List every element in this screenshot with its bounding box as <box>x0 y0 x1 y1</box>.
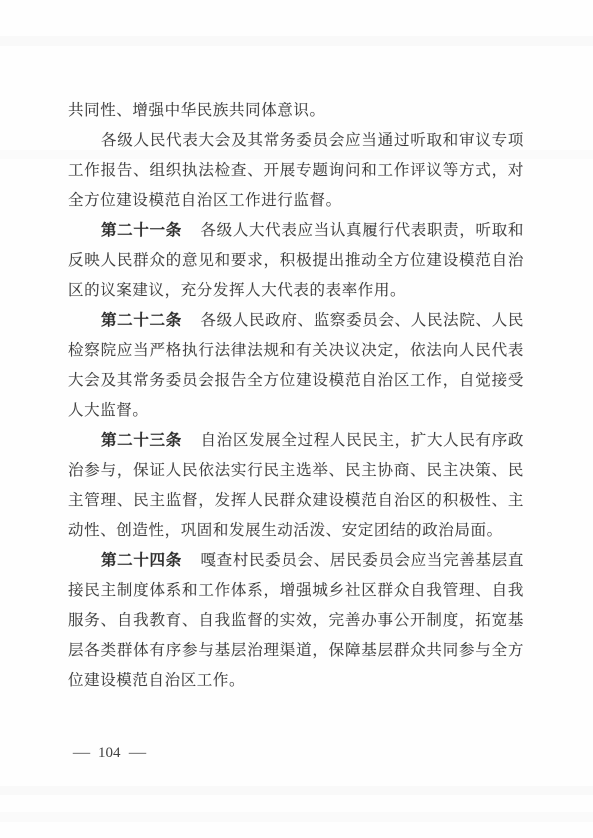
paragraph-text: 共同性、增强中华民族共同体意识。 <box>68 102 326 119</box>
article-number: 第二十四条 <box>101 552 182 569</box>
body-text-block: 共同性、增强中华民族共同体意识。 各级人民代表大会及其常务委员会应当通过听取和审… <box>68 96 524 696</box>
scan-artifact <box>0 36 593 46</box>
page-number: 104 <box>98 744 121 762</box>
paragraph: 各级人民代表大会及其常务委员会应当通过听取和审议专项工作报告、组织执法检查、开展… <box>68 126 524 216</box>
article-paragraph-22: 第二十二条 各级人民政府、监察委员会、人民法院、人民检察院应当严格执行法律法规和… <box>68 306 524 426</box>
document-page: 共同性、增强中华民族共同体意识。 各级人民代表大会及其常务委员会应当通过听取和审… <box>0 0 593 838</box>
footer-right-dash: — <box>128 744 145 762</box>
article-number: 第二十三条 <box>101 432 182 449</box>
footer-left-dash: — <box>73 744 90 762</box>
paragraph-continuation: 共同性、增强中华民族共同体意识。 <box>68 96 524 126</box>
article-number: 第二十二条 <box>101 312 182 329</box>
article-number: 第二十一条 <box>101 222 182 239</box>
article-paragraph-21: 第二十一条 各级人大代表应当认真履行代表职责，听取和反映人民群众的意见和要求，积… <box>68 216 524 306</box>
page-footer: —104— <box>74 744 145 762</box>
article-paragraph-23: 第二十三条 自治区发展全过程人民民主，扩大人民有序政治参与，保证人民依法实行民主… <box>68 426 524 546</box>
scan-artifact <box>0 786 593 795</box>
article-paragraph-24: 第二十四条 嘎查村民委员会、居民委员会应当完善基层直接民主制度体系和工作体系，增… <box>68 546 524 696</box>
paragraph-text: 各级人民代表大会及其常务委员会应当通过听取和审议专项工作报告、组织执法检查、开展… <box>68 132 524 209</box>
scan-artifact <box>0 812 593 822</box>
article-text: 嘎查村民委员会、居民委员会应当完善基层直接民主制度体系和工作体系，增强城乡社区群… <box>68 552 524 689</box>
